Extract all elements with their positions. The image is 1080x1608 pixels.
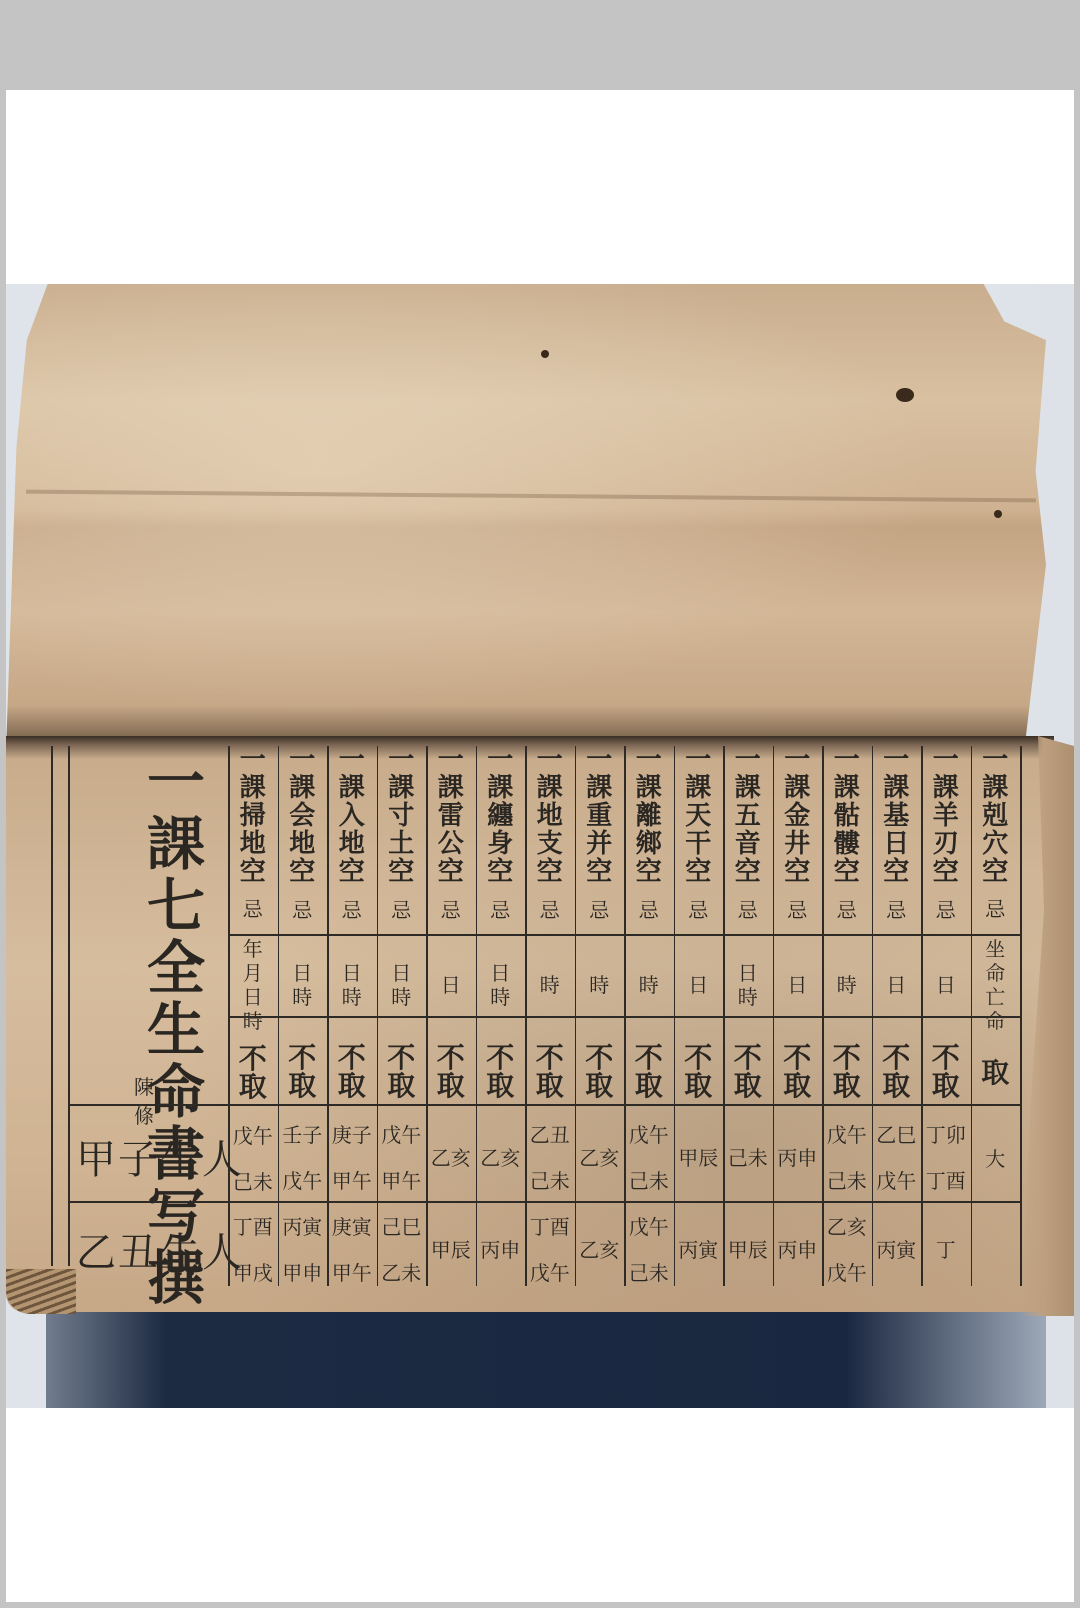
yichou-value-text: 丁酉 xyxy=(233,1216,273,1238)
author-attribution: 陳 條 xyxy=(134,1071,224,1129)
row-label-jiazi: 甲子生人 xyxy=(76,1128,226,1185)
rule: 取 xyxy=(981,1033,1009,1113)
taboo-name-text: 課 xyxy=(586,774,612,802)
taboo-name: 一課離鄉空 xyxy=(636,746,662,890)
curled-corner xyxy=(6,1269,76,1314)
taboo-name-text: 掃 xyxy=(240,802,266,830)
time-scope-text: 日 xyxy=(886,973,906,997)
taboo-name-text: 空 xyxy=(735,858,761,886)
taboo-name-text: 課 xyxy=(438,774,464,802)
taboo-name: 一課雷公空 xyxy=(438,746,464,890)
taboo-name-text: 一 xyxy=(834,746,860,774)
yichou-value-text: 丙寅 xyxy=(282,1216,322,1238)
taboo-name-text: 離 xyxy=(636,802,662,830)
table-column: 一課雷公空忌日不取乙亥甲辰 xyxy=(426,746,476,1296)
taboo-name: 一課掃地空 xyxy=(240,746,266,889)
taboo-name-text: 羊 xyxy=(933,802,959,830)
margin-rule xyxy=(51,746,53,1266)
taboo-name-text: 課 xyxy=(784,774,810,802)
table-column: 一課地支空忌時不取乙丑己未丁酉戊午 xyxy=(525,746,575,1296)
time-scope-text: 日 xyxy=(490,961,510,985)
jiazi-value-text: 己未 xyxy=(530,1170,570,1192)
title-char: 七 xyxy=(147,875,205,937)
rule: 不取 xyxy=(783,1032,811,1112)
jiazi-value-text: 戊午 xyxy=(827,1124,867,1146)
rule-text: 取 xyxy=(635,1072,663,1100)
taboo-name: 一課地支空 xyxy=(537,746,563,890)
taboo-name-text: 公 xyxy=(438,830,464,858)
taboo-name-text: 穴 xyxy=(982,830,1008,858)
taboo-mark: 忌 xyxy=(441,896,461,924)
yichou-value: 乙亥戊午 xyxy=(827,1204,867,1296)
taboo-name-text: 五 xyxy=(735,802,761,830)
time-scope-text: 日 xyxy=(342,961,362,985)
yichou-value-text: 乙亥 xyxy=(827,1216,867,1238)
time-scope: 坐命亡命 xyxy=(985,937,1005,1033)
time-scope: 日時 xyxy=(738,938,758,1032)
table-column: 一課纏身空忌日時不取乙亥丙申 xyxy=(476,746,526,1296)
folded-upper-page xyxy=(6,284,1046,752)
rule-text: 取 xyxy=(932,1072,960,1100)
time-scope-text: 時 xyxy=(243,1009,263,1033)
taboo-name-text: 一 xyxy=(685,746,711,774)
taboo-name-text: 井 xyxy=(784,830,810,858)
taboo-name-text: 地 xyxy=(289,830,315,858)
table-column: 一課天干空忌日不取甲辰丙寅 xyxy=(674,746,724,1296)
time-scope-text: 年 xyxy=(243,937,263,961)
yichou-value-text: 乙未 xyxy=(381,1262,421,1284)
taboo-mark: 忌 xyxy=(292,896,312,924)
taboo-name-text: 一 xyxy=(784,746,810,774)
taboo-name-text: 一 xyxy=(933,746,959,774)
yichou-value: 丙申 xyxy=(480,1204,520,1296)
rule-text: 不 xyxy=(932,1044,960,1072)
taboo-name-text: 雷 xyxy=(438,802,464,830)
taboo-name-text: 課 xyxy=(240,774,266,802)
title-char: 課 xyxy=(147,813,205,875)
jiazi-value-text: 丁酉 xyxy=(926,1170,966,1192)
jiazi-value: 戊午己未 xyxy=(629,1112,669,1204)
taboo-name-text: 土 xyxy=(388,830,414,858)
taboo-name-text: 空 xyxy=(784,858,810,886)
rule: 不取 xyxy=(536,1032,564,1112)
rule-text: 取 xyxy=(585,1072,613,1100)
rule-text: 不 xyxy=(437,1044,465,1072)
margin-rule xyxy=(68,746,70,1266)
rule: 不取 xyxy=(387,1032,415,1112)
taboo-name-text: 金 xyxy=(784,802,810,830)
table-column: 一課羊刃空忌日不取丁卯丁酉丁 xyxy=(921,746,971,1296)
time-scope: 日 xyxy=(936,938,956,1032)
yichou-value: 甲辰 xyxy=(431,1204,471,1296)
rule-text: 取 xyxy=(486,1072,514,1100)
jiazi-value-text: 乙亥 xyxy=(579,1147,619,1169)
taboo-name-text: 空 xyxy=(834,858,860,886)
worm-hole xyxy=(896,388,914,402)
taboo-name-text: 一 xyxy=(735,746,761,774)
time-scope: 時 xyxy=(639,938,659,1032)
time-scope-text: 時 xyxy=(639,973,659,997)
taboo-name-text: 空 xyxy=(487,858,513,886)
taboo-name-text: 課 xyxy=(982,774,1008,802)
jiazi-value: 庚子甲午 xyxy=(332,1112,372,1204)
taboo-name-text: 課 xyxy=(883,774,909,802)
row-divider xyxy=(228,1201,1020,1203)
rule-text: 取 xyxy=(684,1072,712,1100)
rule: 不取 xyxy=(288,1032,316,1112)
yichou-value-text: 乙亥 xyxy=(579,1239,619,1261)
row-divider xyxy=(68,1201,228,1203)
yichou-value: 甲辰 xyxy=(728,1204,768,1296)
time-scope-text: 命 xyxy=(985,1009,1005,1033)
time-scope-text: 日 xyxy=(936,973,956,997)
rule: 不取 xyxy=(684,1032,712,1112)
taboo-name-text: 寸 xyxy=(388,802,414,830)
taboo-name-text: 重 xyxy=(586,802,612,830)
yichou-value-text: 甲辰 xyxy=(431,1239,471,1261)
taboo-name-text: 日 xyxy=(883,830,909,858)
taboo-name-text: 空 xyxy=(685,858,711,886)
taboo-name-text: 髏 xyxy=(834,830,860,858)
taboo-name-text: 剋 xyxy=(982,802,1008,830)
yichou-value: 丙申 xyxy=(777,1204,817,1296)
manuscript-photo: 一課七全生命書写撰 陳 條 甲子生人 乙丑生人 一課掃地空忌年月日時不取戊午己未… xyxy=(6,284,1074,1408)
taboo-name-text: 地 xyxy=(240,830,266,858)
yichou-value: 丙寅 xyxy=(876,1204,916,1296)
rule: 不取 xyxy=(882,1032,910,1112)
time-scope: 日 xyxy=(688,938,708,1032)
table-column: 一課金井空忌日不取丙申丙申 xyxy=(773,746,823,1296)
yichou-value-text: 己未 xyxy=(629,1262,669,1284)
jiazi-value: 戊午己未 xyxy=(827,1112,867,1204)
taboo-name-text: 課 xyxy=(735,774,761,802)
taboo-name-text: 入 xyxy=(339,802,365,830)
rule: 不取 xyxy=(635,1032,663,1112)
taboo-name-text: 刃 xyxy=(933,830,959,858)
book-shadow xyxy=(46,1304,1046,1408)
yichou-value-text: 戊午 xyxy=(629,1216,669,1238)
taboo-mark: 忌 xyxy=(787,896,807,924)
table-column: 一課寸土空忌日時不取戊午甲午己巳乙未 xyxy=(377,746,427,1296)
rule-text: 不 xyxy=(387,1044,415,1072)
rule-text: 不 xyxy=(734,1044,762,1072)
jiazi-value: 乙丑己未 xyxy=(530,1112,570,1204)
taboo-name-text: 空 xyxy=(289,858,315,886)
taboo-name: 一課会地空 xyxy=(289,746,315,890)
taboo-name-text: 空 xyxy=(883,858,909,886)
jiazi-value: 乙巳戊午 xyxy=(876,1112,916,1204)
taboo-name-text: 空 xyxy=(982,858,1008,886)
taboo-name-text: 課 xyxy=(933,774,959,802)
rule: 不取 xyxy=(338,1032,366,1112)
taboo-mark: 忌 xyxy=(837,896,857,924)
taboo-name: 一課入地空 xyxy=(339,746,365,890)
rule-text: 取 xyxy=(981,1059,1009,1087)
title-char: 全 xyxy=(147,937,205,999)
taboo-name-text: 課 xyxy=(487,774,513,802)
taboo-name: 一課重并空 xyxy=(586,746,612,890)
jiazi-value-text: 戊午 xyxy=(233,1125,273,1147)
taboo-name-text: 課 xyxy=(834,774,860,802)
yichou-value-text: 甲辰 xyxy=(728,1239,768,1261)
taboo-name-text: 一 xyxy=(240,746,266,774)
yichou-value: 庚寅甲午 xyxy=(332,1204,372,1296)
yichou-value-text: 丙寅 xyxy=(678,1239,718,1261)
jiazi-value-text: 己未 xyxy=(629,1170,669,1192)
taboo-name-text: 空 xyxy=(933,858,959,886)
jiazi-value: 甲辰 xyxy=(678,1112,718,1204)
jiazi-value: 乙亥 xyxy=(579,1112,619,1204)
time-scope-text: 時 xyxy=(391,985,411,1009)
jiazi-value-text: 乙亥 xyxy=(480,1147,520,1169)
time-scope-text: 亡 xyxy=(985,985,1005,1009)
taboo-name: 一課羊刃空 xyxy=(933,746,959,890)
time-scope-text: 日 xyxy=(292,961,312,985)
taboo-mark: 忌 xyxy=(243,895,263,923)
taboo-mark: 忌 xyxy=(886,896,906,924)
time-scope: 日 xyxy=(787,938,807,1032)
jiazi-value-text: 戊午 xyxy=(876,1170,916,1192)
taboo-name-text: 空 xyxy=(388,858,414,886)
jiazi-value-text: 庚子 xyxy=(332,1124,372,1146)
yichou-value-text: 丙申 xyxy=(777,1239,817,1261)
rule-text: 取 xyxy=(882,1072,910,1100)
jiazi-value: 乙亥 xyxy=(480,1112,520,1204)
table-column: 一課掃地空忌年月日時不取戊午己未丁酉甲戌 xyxy=(228,746,278,1296)
taboo-name-text: 基 xyxy=(883,802,909,830)
yichou-value-text: 己巳 xyxy=(381,1216,421,1238)
yichou-value: 戊午己未 xyxy=(629,1204,669,1296)
table-column: 一課重并空忌時不取乙亥乙亥 xyxy=(575,746,625,1296)
time-scope: 日時 xyxy=(490,938,510,1032)
taboo-name-text: 課 xyxy=(339,774,365,802)
taboo-name-text: 支 xyxy=(537,830,563,858)
taboo-name-text: 地 xyxy=(339,830,365,858)
time-scope-text: 日 xyxy=(391,961,411,985)
taboo-name-text: 鄉 xyxy=(636,830,662,858)
taboo-name-text: 并 xyxy=(586,830,612,858)
time-scope: 日時 xyxy=(391,938,411,1032)
table-column: 一課会地空忌日時不取壬子戊午丙寅甲申 xyxy=(278,746,328,1296)
rule-text: 取 xyxy=(536,1072,564,1100)
rule: 不取 xyxy=(734,1032,762,1112)
jiazi-value-text: 甲午 xyxy=(332,1170,372,1192)
taboo-name-text: 課 xyxy=(636,774,662,802)
taboo-mark: 忌 xyxy=(342,896,362,924)
taboo-name-text: 一 xyxy=(636,746,662,774)
taboo-name: 一課基日空 xyxy=(883,746,909,890)
yichou-value-text: 戊午 xyxy=(530,1262,570,1284)
jiazi-value-text: 己未 xyxy=(827,1170,867,1192)
jiazi-value-text: 乙巳 xyxy=(876,1124,916,1146)
time-scope-text: 坐 xyxy=(985,937,1005,961)
taboo-name: 一課五音空 xyxy=(735,746,761,890)
taboo-name: 一課纏身空 xyxy=(487,746,513,890)
time-scope: 日 xyxy=(886,938,906,1032)
rule-text: 不 xyxy=(338,1044,366,1072)
title-char: 一 xyxy=(147,751,205,813)
rule: 不取 xyxy=(239,1033,267,1113)
taboo-mark: 忌 xyxy=(391,896,411,924)
rule-text: 取 xyxy=(783,1072,811,1100)
rule: 不取 xyxy=(486,1032,514,1112)
rule: 不取 xyxy=(833,1032,861,1112)
jiazi-value-text: 己未 xyxy=(233,1171,273,1193)
taboo-name-text: 一 xyxy=(289,746,315,774)
taboo-name-text: 纏 xyxy=(487,802,513,830)
rule-text: 不 xyxy=(288,1044,316,1072)
yichou-value-text: 丙寅 xyxy=(876,1239,916,1261)
taboo-name-text: 空 xyxy=(537,858,563,886)
rule-text: 不 xyxy=(783,1044,811,1072)
jiazi-value: 己未 xyxy=(728,1112,768,1204)
rule-text: 不 xyxy=(239,1045,267,1073)
yichou-value-text: 甲戌 xyxy=(233,1262,273,1284)
yichou-value-text: 丙申 xyxy=(480,1239,520,1261)
taboo-name-text: 天 xyxy=(685,802,711,830)
rule-text: 取 xyxy=(387,1072,415,1100)
yichou-value-text: 甲申 xyxy=(282,1262,322,1284)
time-scope-text: 時 xyxy=(540,973,560,997)
row-divider xyxy=(68,1104,228,1106)
yichou-value: 己巳乙未 xyxy=(381,1204,421,1296)
yichou-value-text: 戊午 xyxy=(827,1262,867,1284)
taboo-name-text: 音 xyxy=(735,830,761,858)
time-scope: 日時 xyxy=(292,938,312,1032)
time-scope-text: 時 xyxy=(837,973,857,997)
taboo-mark: 忌 xyxy=(738,896,758,924)
table-column: 一課基日空忌日不取乙巳戊午丙寅 xyxy=(872,746,922,1296)
worm-hole xyxy=(541,350,549,358)
taboo-name-text: 干 xyxy=(685,830,711,858)
taboo-name-text: 一 xyxy=(883,746,909,774)
taboo-name: 一課骷髏空 xyxy=(834,746,860,890)
time-scope-text: 命 xyxy=(985,961,1005,985)
taboo-mark: 忌 xyxy=(490,896,510,924)
jiazi-value: 丁卯丁酉 xyxy=(926,1112,966,1204)
taboo-mark: 忌 xyxy=(540,896,560,924)
time-scope: 時 xyxy=(837,938,857,1032)
jiazi-value-text: 甲午 xyxy=(381,1170,421,1192)
taboo-name-text: 一 xyxy=(487,746,513,774)
time-scope: 日 xyxy=(441,938,461,1032)
taboo-name-text: 課 xyxy=(388,774,414,802)
taboo-name-text: 会 xyxy=(289,802,315,830)
time-scope-text: 日 xyxy=(688,973,708,997)
taboo-name-text: 骷 xyxy=(834,802,860,830)
yichou-value: 丁酉甲戌 xyxy=(233,1205,273,1297)
taboo-name-text: 課 xyxy=(685,774,711,802)
row-label-yichou: 乙丑生人 xyxy=(76,1221,226,1278)
rule-text: 不 xyxy=(536,1044,564,1072)
jiazi-value-text: 戊午 xyxy=(282,1170,322,1192)
worm-hole xyxy=(994,510,1002,518)
taboo-name: 一課剋穴空 xyxy=(982,746,1008,889)
rule-text: 不 xyxy=(833,1044,861,1072)
taboo-name-text: 空 xyxy=(240,858,266,886)
rule-text: 取 xyxy=(734,1072,762,1100)
yichou-value: 丙寅甲申 xyxy=(282,1204,322,1296)
rule: 不取 xyxy=(932,1032,960,1112)
time-scope-text: 時 xyxy=(292,985,312,1009)
jiazi-value-text: 壬子 xyxy=(282,1124,322,1146)
jiazi-value-text: 乙亥 xyxy=(431,1147,471,1169)
taboo-name-text: 空 xyxy=(586,858,612,886)
yichou-value-text: 甲午 xyxy=(332,1262,372,1284)
taboo-name-text: 空 xyxy=(636,858,662,886)
rule-text: 取 xyxy=(437,1072,465,1100)
manuscript-page: 一課七全生命書写撰 陳 條 甲子生人 乙丑生人 一課掃地空忌年月日時不取戊午己未… xyxy=(6,736,1054,1312)
yichou-value: 丙寅 xyxy=(678,1204,718,1296)
yichou-value: 丁酉戊午 xyxy=(530,1204,570,1296)
table-column: 一課五音空忌日時不取己未甲辰 xyxy=(723,746,773,1296)
time-scope-text: 時 xyxy=(490,985,510,1009)
title-char: 生 xyxy=(147,999,205,1061)
rule-text: 取 xyxy=(288,1072,316,1100)
taboo-name-text: 一 xyxy=(339,746,365,774)
rule: 不取 xyxy=(437,1032,465,1112)
table-column: 一課骷髏空忌時不取戊午己未乙亥戊午 xyxy=(822,746,872,1296)
time-scope-text: 日 xyxy=(243,985,263,1009)
rule-text: 不 xyxy=(684,1044,712,1072)
row-divider xyxy=(228,1104,1020,1106)
taboo-name-text: 空 xyxy=(339,858,365,886)
taboo-mark: 忌 xyxy=(639,896,659,924)
taboo-mark: 忌 xyxy=(985,895,1005,923)
taboo-name-text: 一 xyxy=(438,746,464,774)
yichou-value-text: 丁酉 xyxy=(530,1216,570,1238)
taboo-name-text: 空 xyxy=(438,858,464,886)
jiazi-value: 戊午甲午 xyxy=(381,1112,421,1204)
row-divider xyxy=(228,934,1020,936)
time-scope-text: 日 xyxy=(738,961,758,985)
rule: 不取 xyxy=(585,1032,613,1112)
taboo-name-text: 地 xyxy=(537,802,563,830)
taboo-name-text: 一 xyxy=(586,746,612,774)
table-column: 一課剋穴空忌坐命亡命取大 xyxy=(971,746,1021,1296)
table-column: 一課離鄉空忌時不取戊午己未戊午己未 xyxy=(624,746,674,1296)
taboo-mark: 忌 xyxy=(688,896,708,924)
yichou-value-text: 庚寅 xyxy=(332,1216,372,1238)
jiazi-value: 戊午己未 xyxy=(233,1113,273,1205)
time-scope: 時 xyxy=(540,938,560,1032)
yichou-value-text: 丁 xyxy=(936,1239,956,1261)
jiazi-value-text: 己未 xyxy=(728,1147,768,1169)
time-scope-text: 時 xyxy=(589,973,609,997)
jiazi-value-text: 甲辰 xyxy=(678,1147,718,1169)
jiazi-value-text: 大 xyxy=(985,1148,1005,1170)
rule-text: 取 xyxy=(239,1073,267,1101)
rule-text: 不 xyxy=(486,1044,514,1072)
time-scope-text: 日 xyxy=(787,973,807,997)
yichou-value: 丁 xyxy=(936,1204,956,1296)
jiazi-value-text: 丁卯 xyxy=(926,1124,966,1146)
rule-text: 不 xyxy=(635,1044,663,1072)
taboo-name: 一課金井空 xyxy=(784,746,810,890)
time-scope-text: 時 xyxy=(738,985,758,1009)
jiazi-value-text: 丙申 xyxy=(777,1147,817,1169)
taboo-name-text: 一 xyxy=(388,746,414,774)
time-scope-text: 日 xyxy=(441,973,461,997)
taboo-name-text: 課 xyxy=(289,774,315,802)
yichou-value: 乙亥 xyxy=(579,1204,619,1296)
time-scope: 時 xyxy=(589,938,609,1032)
taboo-name-text: 一 xyxy=(982,746,1008,774)
time-scope: 年月日時 xyxy=(243,937,263,1033)
time-scope-text: 時 xyxy=(342,985,362,1009)
table-column: 一課入地空忌日時不取庚子甲午庚寅甲午 xyxy=(327,746,377,1296)
taboo-mark: 忌 xyxy=(589,896,609,924)
